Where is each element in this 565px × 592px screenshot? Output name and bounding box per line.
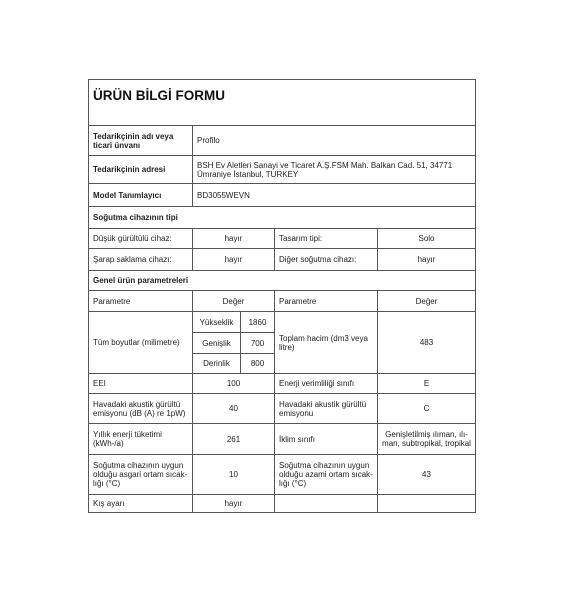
climate-class-label: İklim sınıfı xyxy=(274,423,378,455)
supplier-address-value: BSH Ev Aletleri Sanayi ve Ticaret A.Ş.FS… xyxy=(192,155,476,184)
dimensions-label: Tüm boyutlar (milimetre) xyxy=(88,311,193,374)
model-value: BD3055WEVN xyxy=(192,183,476,207)
empty-value-cell xyxy=(377,494,476,513)
supplier-name-value: Profilo xyxy=(192,125,476,156)
height-value: 1860 xyxy=(240,311,275,333)
climate-class-value: Genişletilmiş ılıman, ılı-man, subtropik… xyxy=(377,423,476,455)
noise-class-value: C xyxy=(377,393,476,424)
annual-energy-label: Yıllık enerji tüketimi (kWh-/a) xyxy=(88,423,193,455)
eei-label: EEI xyxy=(88,373,193,394)
header-parameter-2: Parametre xyxy=(274,290,378,312)
other-cooling-label: Diğer soğutma cihazı: xyxy=(274,248,378,271)
header-parameter-1: Parametre xyxy=(88,290,193,312)
width-label: Genişlik xyxy=(192,332,241,354)
winter-setting-value: hayır xyxy=(192,494,275,513)
max-ambient-temp-label: Soğutma cihazının uygun olduğu azami ort… xyxy=(274,454,378,495)
depth-value: 800 xyxy=(240,353,275,374)
max-ambient-temp-value: 43 xyxy=(377,454,476,495)
noise-emission-value: 40 xyxy=(192,393,275,424)
supplier-address-label: Tedarikçinin adresi xyxy=(88,155,193,184)
total-volume-label: Toplam hacim (dm3 veya litre) xyxy=(274,311,378,374)
design-type-value: Solo xyxy=(377,228,476,249)
section-general-params: Genel ürün parametreleri xyxy=(88,270,476,291)
section-cooling-type: Soğutma cihazının tipi xyxy=(88,206,476,229)
height-label: Yükseklik xyxy=(192,311,241,333)
width-value: 700 xyxy=(240,332,275,354)
empty-label-cell xyxy=(274,494,378,513)
winter-setting-label: Kış ayarı xyxy=(88,494,193,513)
total-volume-value: 483 xyxy=(377,311,476,374)
design-type-label: Tasarım tipi: xyxy=(274,228,378,249)
min-ambient-temp-label: Soğutma cihazının uygun olduğu asgari or… xyxy=(88,454,193,495)
wine-storage-label: Şarap saklama cihazı: xyxy=(88,248,193,271)
header-value-2: Değer xyxy=(377,290,476,312)
annual-energy-value: 261 xyxy=(192,423,275,455)
depth-label: Derinlik xyxy=(192,353,241,374)
low-noise-value: hayır xyxy=(192,228,275,249)
model-label: Model Tanımlayıcı xyxy=(88,183,193,207)
noise-emission-label: Havadaki akustik gürültü emisyonu (dB (A… xyxy=(88,393,193,424)
product-info-form: ÜRÜN BİLGİ FORMU Tedarikçinin adı veya t… xyxy=(0,0,565,592)
header-value-1: Değer xyxy=(192,290,275,312)
supplier-name-label: Tedarikçinin adı veya ticari ünvanı xyxy=(88,125,193,156)
form-title: ÜRÜN BİLGİ FORMU xyxy=(88,79,476,126)
low-noise-label: Düşük gürültülü cihaz: xyxy=(88,228,193,249)
other-cooling-value: hayır xyxy=(377,248,476,271)
energy-class-value: E xyxy=(377,373,476,394)
energy-class-label: Enerji verimliliği sınıfı xyxy=(274,373,378,394)
noise-class-label: Havadaki akustik gürültü emisyonu xyxy=(274,393,378,424)
eei-value: 100 xyxy=(192,373,275,394)
min-ambient-temp-value: 10 xyxy=(192,454,275,495)
wine-storage-value: hayır xyxy=(192,248,275,271)
